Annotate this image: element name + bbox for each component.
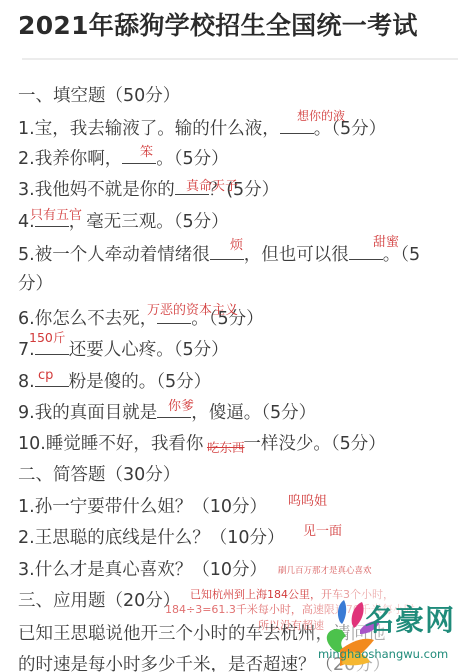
handwritten-answer: 真命天子 [186, 180, 238, 194]
section-heading-fill-blank: 一、填空题（50分） [18, 84, 180, 108]
question-suffix: 粉是傻的。（5分） [69, 372, 211, 392]
question-text: ，但也可以很 [244, 245, 349, 265]
title-divider [22, 58, 458, 60]
handwritten-answer: 见一面 [303, 525, 342, 539]
question-suffix: 还要人心疼。（5分） [69, 340, 229, 360]
short-question-3: 3.什么才是真心喜欢？（10分） [18, 558, 267, 582]
handwritten-answer: cp [38, 369, 53, 383]
exam-page: 2021年舔狗学校招生全国统一考试 一、填空题（50分） 1.宝，我去输液了。输… [0, 0, 473, 672]
question-suffix: ，毫无三观。（5分） [69, 212, 229, 232]
handwritten-answer: 150斤 [29, 331, 65, 345]
question-text: 2.我养你啊， [18, 149, 122, 169]
section-heading-short-answer: 二、简答题（30分） [18, 463, 180, 487]
watermark-brand: 名豪网 [365, 598, 455, 639]
handwritten-answer: 笨 [140, 146, 153, 160]
question-text: 8. [18, 372, 35, 392]
question-suffix: 。（5分） [156, 149, 228, 169]
handwritten-answer: 甜蜜 [373, 236, 399, 250]
handwritten-answer: 只有五官 [30, 209, 82, 223]
question-2: 2.我养你啊，。（5分） [18, 146, 229, 171]
question-text: 9.我的真面目就是 [18, 403, 157, 423]
page-title: 2021年舔狗学校招生全国统一考试 [18, 6, 418, 42]
handwritten-answer: 烦 [230, 239, 243, 253]
question-10: 10.睡觉睡不好，我看你一样没少。（5分） [18, 432, 386, 456]
short-question-1: 1.孙一宁要带什么姐？（10分） [18, 495, 267, 519]
question-suffix: ，傻逼。（5分） [191, 403, 316, 423]
watermark-url: minghaoshangwu.com [318, 647, 448, 661]
handwritten-answer: 刷几百万那才是真心喜欢 [278, 564, 372, 578]
question-suffix: 一样没少。（5分） [243, 434, 385, 454]
handwritten-answer: 万恶的资本主义 [147, 304, 238, 318]
handwritten-answer: 想你的液 [297, 109, 345, 123]
question-3: 3.我他妈不就是你的？(5分） [18, 177, 279, 202]
handwritten-answer: 呜呜姐 [288, 495, 327, 509]
question-text: 3.我他妈不就是你的 [18, 180, 175, 200]
question-5-continued: 分） [18, 272, 53, 296]
short-question-2: 2.王思聪的底线是什么？（10分） [18, 526, 284, 550]
section-heading-application: 三、应用题（20分） [18, 589, 180, 613]
question-text: 6.你怎么不去死， [18, 309, 157, 329]
handwritten-answer: 你爹 [168, 400, 194, 414]
question-text: 10.睡觉睡不好，我看你 [18, 434, 203, 454]
question-text: 1.宝，我去输液了。输的什么液， [18, 119, 280, 139]
question-text: 5.被一个人牵动着情绪很 [18, 245, 210, 265]
question-5: 5.被一个人牵动着情绪很，但也可以很。（5 [18, 242, 420, 267]
handwritten-answer: 吃东西 [207, 441, 245, 455]
